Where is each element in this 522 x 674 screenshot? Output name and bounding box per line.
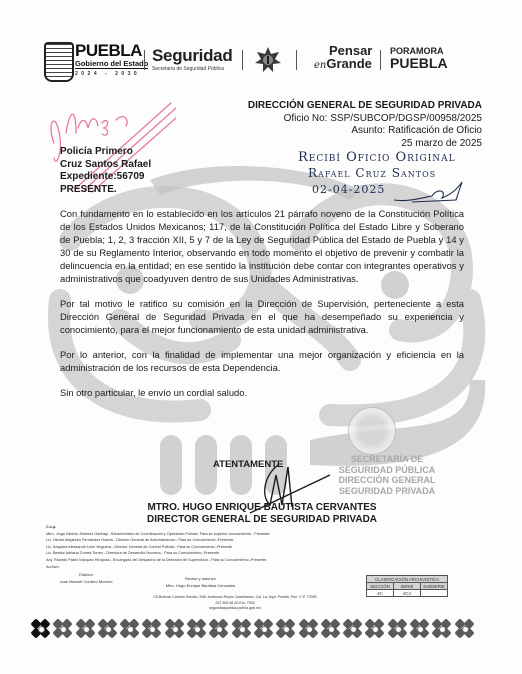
logo-divider <box>242 50 243 70</box>
subject-line: Asunto: Ratificación de Oficio <box>248 125 482 138</box>
classification-header: SECCIÓN <box>367 583 394 590</box>
classification-value: 4C <box>367 590 394 597</box>
letter-body: Con fundamento en lo establecido en los … <box>60 207 464 411</box>
band-flower-icon <box>164 618 185 640</box>
footer-address: C5 Bulevar Carmen Serdán, Edif. Ambrosio… <box>120 595 350 612</box>
official-stamp-text: SECRETARÍA DE SEGURIDAD PÚBLICA DIRECCIÓ… <box>332 454 442 496</box>
cc-label: C.c.p. <box>46 524 336 531</box>
classification-title: CLASIFICACIÓN ARCHIVÍSTICA <box>367 576 448 583</box>
band-flower-icon <box>454 618 475 640</box>
por-amor-puebla-text: PUEBLA <box>390 56 448 70</box>
band-flower-icon <box>119 618 140 640</box>
seguridad-logo-text: Seguridad <box>152 47 232 64</box>
presente-label: PRESENTE. <box>60 184 151 197</box>
en-grande-logo-text: enGrande <box>314 57 372 72</box>
logo-divider <box>380 50 381 70</box>
classification-header: SUBSERIE <box>421 583 448 590</box>
document-page: PUEBLA Gobierno del Estado 2024 - 2030 S… <box>0 0 522 674</box>
band-flower-icon <box>431 618 452 640</box>
band-flower-icon <box>253 618 274 640</box>
seguridad-subtitle: Secretaría de Seguridad Pública <box>152 66 224 72</box>
reviewed-by: Revisó y autorizó Mtro. Hugo Enrique Bau… <box>148 575 253 589</box>
classification-value <box>421 590 448 597</box>
police-star-badge-icon <box>254 46 282 74</box>
puebla-coat-of-arms-icon <box>44 42 74 82</box>
logo-divider <box>144 50 145 70</box>
document-header-info: DIRECCIÓN GENERAL DE SEGURIDAD PRIVADA O… <box>248 100 482 150</box>
receipt-signature <box>392 178 472 208</box>
band-flower-icon <box>364 618 385 640</box>
band-flower-icon <box>30 618 51 640</box>
body-paragraph-closing: Sin otro particular, le envío un cordial… <box>60 386 464 399</box>
decorative-talavera-band <box>30 618 475 640</box>
band-flower-icon <box>409 618 430 640</box>
addressee-file-number: Expediente:56709 <box>60 171 151 184</box>
letterhead: PUEBLA Gobierno del Estado 2024 - 2030 S… <box>44 42 464 82</box>
cc-item: Lic. Beatriz Adriana Correa Torres.- Dir… <box>46 550 336 557</box>
cc-item: Lic. Itzayana Alessandri León Noguera.- … <box>46 544 336 551</box>
band-flower-icon <box>275 618 296 640</box>
puebla-logo-text: PUEBLA <box>75 42 142 59</box>
band-flower-icon <box>97 618 118 640</box>
archival-classification-table: CLASIFICACIÓN ARCHIVÍSTICA SECCIÓN SERIE… <box>366 575 448 597</box>
mexico-coat-of-arms-seal-icon <box>348 407 396 455</box>
band-flower-icon <box>141 618 162 640</box>
band-flower-icon <box>387 618 408 640</box>
handwritten-receipt-line1: Recibí Oficio Original <box>298 150 456 165</box>
document-date: 25 marzo de 2025 <box>248 138 482 151</box>
signer-name: MTRO. HUGO ENRIQUE BAUTISTA CERVANTES <box>60 502 464 513</box>
logo-divider <box>296 50 297 70</box>
band-flower-icon <box>298 618 319 640</box>
band-flower-icon <box>75 618 96 640</box>
body-paragraph-purpose: Por lo anterior, con la finalidad de imp… <box>60 348 464 374</box>
band-flower-icon <box>342 618 363 640</box>
body-paragraph-commission: Por tal motivo le ratifico su comisión e… <box>60 297 464 336</box>
cc-item: Arq. Ricardo Pablo Vázquez Hinojosa.- En… <box>46 557 336 564</box>
addressee-name: Cruz Santos Rafael <box>60 159 151 172</box>
cc-item: Lic. Héctor Alejandro Fernández Huerta.-… <box>46 537 336 544</box>
administration-years: 2024 - 2030 <box>75 71 140 77</box>
oficio-number: Oficio No: SSP/SUBCOP/DGSP/00958/2025 <box>248 113 482 126</box>
carbon-copy-list: C.c.p. Mtro. Jorge Alberto Jiménez Garib… <box>46 524 336 570</box>
classification-value: 4C4 <box>394 590 421 597</box>
band-flower-icon <box>208 618 229 640</box>
handwritten-receipt-date: 02-04-2025 <box>312 183 385 196</box>
prepared-by: Elaboró José Manuel Cordero Moreno <box>46 571 126 585</box>
body-paragraph-legal-basis: Con fundamento en lo establecido en los … <box>60 207 464 285</box>
band-flower-icon <box>320 618 341 640</box>
classification-header: SERIE <box>394 583 421 590</box>
band-flower-icon <box>186 618 207 640</box>
issuing-directorate: DIRECCIÓN GENERAL DE SEGURIDAD PRIVADA <box>248 100 482 113</box>
addressee-rank: Policía Primero <box>60 146 151 159</box>
band-flower-icon <box>52 618 73 640</box>
cc-item: Mtro. Jorge Alberto Jiménez Garibay.- Su… <box>46 531 336 538</box>
addressee-block: Policía Primero Cruz Santos Rafael Exped… <box>60 146 151 196</box>
band-flower-icon <box>231 618 252 640</box>
cc-item: Archivo. <box>46 564 336 571</box>
gobierno-estado-text: Gobierno del Estado <box>75 59 148 69</box>
